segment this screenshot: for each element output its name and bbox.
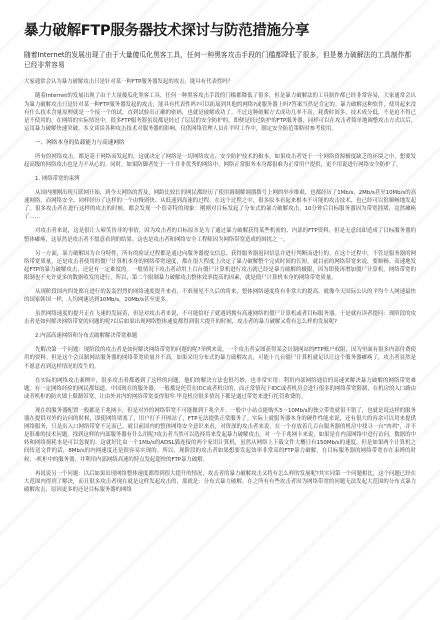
document-body: 随着Internet的发展出现了由于大量傻瓜化黑客工具，任何一种黑客攻击手段的门… (24, 92, 416, 493)
section-intro-paragraph: 所有的网络攻击，都是基于网络而发起的，这就决定了网络是一切网络攻击、安全防护技术… (24, 153, 416, 169)
document-page: 暴力破解FTP服务器技术探讨与防范措施分享 随着Internet的发展出现了由于… (0, 0, 440, 494)
body-paragraph: 从国内刚刚出现互联网开始，到今天网络的普及，网龄比较长的网民都经历了使用调制解调… (24, 189, 416, 221)
intro-paragraph: 随着Internet的发展出现了由于大量傻瓜化黑客工具，任何一种黑客攻击手段的门… (24, 92, 416, 132)
section-heading: 一、网络本身的负载能力与高速网络 (35, 139, 416, 147)
body-paragraph: 对攻击者来说，这是很让人啼笑皆非的事情，因为攻击者的目标原本是为了通过暴力破解获… (24, 227, 416, 243)
body-paragraph: 现在的服务器配置一般都是千兆网卡，但是对外的网络带宽不可能做到千兆全开。一般中小… (24, 407, 416, 464)
document-title: 暴力破解FTP服务器技术探讨与防范措施分享 (24, 22, 416, 40)
subsection-heading: 1. 网络带宽的束缚 (35, 175, 416, 183)
body-paragraph: 在实际的网络攻击案例中，很多攻击者都遇到了这样的问题，他们的解决方法也很巧妙，也… (24, 377, 416, 401)
body-paragraph: 另一方面，暴力破解因为自身特性，所有的验证过程都是通过向服务器提交信息、获得服务… (24, 250, 416, 282)
body-paragraph: 再说说另一个问题：以后如果出现网络整体速度都得到很大提升的情况，攻击者的暴力破解… (24, 470, 416, 494)
document-summary: 随着Internet的发展出现了由于大量傻瓜化黑客工具，任何一种黑客攻击手段的门… (24, 50, 416, 70)
subsection-heading: 2.内部高速网络和分布式破解解决带宽难题 (35, 332, 416, 340)
body-paragraph: 从现阶段国内四处都在进行的轰轰烈烈的网络速度提升来看，不难预见不久后的将来，整体… (24, 288, 416, 304)
body-paragraph: 先解决第一个问题：现阶段的攻击者是如何解决网络带宽的问题的呢?举例来说，一个攻击… (24, 346, 416, 370)
body-paragraph: 虽然网络速度的提升正在飞速的发展着，但是对攻击者来说，不可能恰好子就遇到拥有高速… (24, 310, 416, 326)
document-question: 大家通常会认为暴力破解攻击只是针对某一种FTP服务器发起的攻击，能具有代表性吗？ (24, 78, 416, 86)
